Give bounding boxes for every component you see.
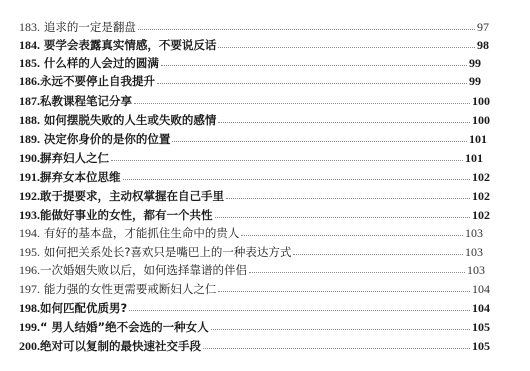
dot-leader	[215, 216, 471, 218]
toc-entry[interactable]: 191. 摒弃女本位思维 102	[19, 168, 490, 186]
dot-leader	[241, 234, 463, 236]
toc-entry[interactable]: 186. 永远不要停止自我提升 99	[19, 72, 481, 90]
toc-entry[interactable]: 193. 能做好事业的女性，都有一个共性 102	[19, 206, 490, 224]
entry-title: 要学会表露真实情感，不要说反话	[44, 36, 217, 54]
toc-entry[interactable]: 192. 敢于提要求，主动权掌握在自己手里 102	[19, 187, 490, 205]
dot-leader	[211, 328, 470, 330]
entry-number: 197.	[19, 280, 40, 298]
dot-leader	[203, 347, 470, 349]
entry-number: 185.	[19, 54, 40, 72]
entry-page-number: 97	[477, 18, 489, 36]
entry-title: 如何把关系处长?喜欢只是嘴巴上的一种表达方式	[44, 243, 292, 261]
entry-title: 摒弃妇人之仁	[40, 149, 109, 167]
entry-number: 193.	[19, 206, 40, 224]
dot-leader	[293, 253, 463, 255]
entry-title: 能做好事业的女性，都有一个共性	[40, 206, 213, 224]
toc-entry[interactable]: 195. 如何把关系处长?喜欢只是嘴巴上的一种表达方式 103	[19, 243, 483, 261]
entry-number: 196.	[19, 261, 40, 279]
toc-entry[interactable]: 183. 追求的一定是翻盘 97	[19, 18, 489, 36]
entry-page-number: 99	[469, 54, 481, 72]
entry-title: 什么样的人会过的圆满	[44, 54, 159, 72]
entry-number: 191.	[19, 168, 40, 186]
entry-title: 追求的一定是翻盘	[44, 18, 136, 36]
entry-title: 一次婚姻失败以后，如何选择靠谱的伴侣	[40, 261, 247, 279]
dot-leader	[138, 28, 475, 30]
dot-leader	[172, 140, 467, 142]
toc-entry[interactable]: 200. 绝对可以复制的最快速社交手段 105	[19, 337, 490, 355]
toc-entry[interactable]: 196. 一次婚姻失败以后，如何选择靠谱的伴侣 103	[19, 261, 485, 279]
toc-entry[interactable]: 197. 能力强的女性更需要戒断妇人之仁 104	[19, 280, 490, 298]
entry-page-number: 103	[467, 261, 485, 279]
dot-leader	[249, 271, 465, 273]
dot-leader	[134, 102, 470, 104]
toc-entry[interactable]: 184. 要学会表露真实情感，不要说反话 98	[19, 36, 489, 54]
dot-leader	[218, 46, 475, 48]
table-of-contents: 183. 追求的一定是翻盘 97 184. 要学会表露真实情感，不要说反话 98…	[0, 0, 530, 371]
entry-title: 私教课程笔记分享	[40, 92, 132, 110]
entry-page-number: 103	[465, 224, 483, 242]
entry-title: “ 男人结婚”绝不会选的一种女人	[40, 318, 209, 336]
dot-leader	[123, 178, 471, 180]
entry-page-number: 101	[465, 149, 483, 167]
entry-page-number: 105	[472, 337, 490, 355]
toc-entry[interactable]: 199. “ 男人结婚”绝不会选的一种女人 105	[19, 318, 490, 336]
dot-leader	[218, 290, 470, 292]
entry-page-number: 102	[472, 168, 490, 186]
toc-entry[interactable]: 198. 如何匹配优质男? 104	[19, 299, 490, 317]
dot-leader	[226, 197, 470, 199]
entry-page-number: 104	[472, 299, 490, 317]
entry-number: 184.	[19, 36, 40, 54]
entry-page-number: 100	[472, 111, 490, 129]
entry-number: 199.	[19, 318, 40, 336]
dot-leader	[111, 159, 463, 161]
dot-leader	[161, 64, 467, 66]
entry-title: 绝对可以复制的最快速社交手段	[40, 337, 201, 355]
toc-entry[interactable]: 185. 什么样的人会过的圆满 99	[19, 54, 481, 72]
toc-entry[interactable]: 194. 有好的基本盘，才能抓住生命中的贵人 103	[19, 224, 483, 242]
entry-page-number: 105	[472, 318, 490, 336]
entry-number: 195.	[19, 243, 40, 261]
entry-page-number: 99	[469, 72, 481, 90]
toc-entry[interactable]: 190. 摒弃妇人之仁 101	[19, 149, 483, 167]
entry-number: 186.	[19, 72, 40, 90]
toc-entry[interactable]: 188. 如何摆脱失败的人生或失败的感情 100	[19, 111, 490, 129]
entry-title: 永远不要停止自我提升	[40, 72, 155, 90]
dot-leader	[129, 309, 470, 311]
entry-page-number: 103	[465, 243, 483, 261]
entry-page-number: 102	[472, 187, 490, 205]
dot-leader	[218, 121, 470, 123]
entry-page-number: 101	[469, 130, 487, 148]
entry-page-number: 102	[472, 206, 490, 224]
entry-title: 摒弃女本位思维	[40, 168, 121, 186]
entry-page-number: 104	[472, 280, 490, 298]
toc-entry[interactable]: 187. 私教课程笔记分享 100	[19, 92, 490, 110]
entry-number: 188.	[19, 111, 40, 129]
entry-number: 194.	[19, 224, 40, 242]
entry-number: 183.	[19, 18, 40, 36]
entry-title: 决定你身价的是你的位置	[44, 130, 171, 148]
entry-page-number: 100	[472, 92, 490, 110]
entry-number: 189.	[19, 130, 40, 148]
toc-entry[interactable]: 189. 决定你身价的是你的位置 101	[19, 130, 487, 148]
entry-number: 190.	[19, 149, 40, 167]
entry-title: 如何摆脱失败的人生或失败的感情	[44, 111, 217, 129]
entry-number: 200.	[19, 337, 40, 355]
entry-number: 198.	[19, 299, 40, 317]
entry-title: 如何匹配优质男?	[40, 299, 127, 317]
entry-title: 敢于提要求，主动权掌握在自己手里	[40, 187, 224, 205]
entry-number: 187.	[19, 92, 40, 110]
entry-number: 192.	[19, 187, 40, 205]
entry-title: 有好的基本盘，才能抓住生命中的贵人	[44, 224, 240, 242]
dot-leader	[157, 82, 467, 84]
entry-page-number: 98	[477, 36, 489, 54]
entry-title: 能力强的女性更需要戒断妇人之仁	[44, 280, 217, 298]
